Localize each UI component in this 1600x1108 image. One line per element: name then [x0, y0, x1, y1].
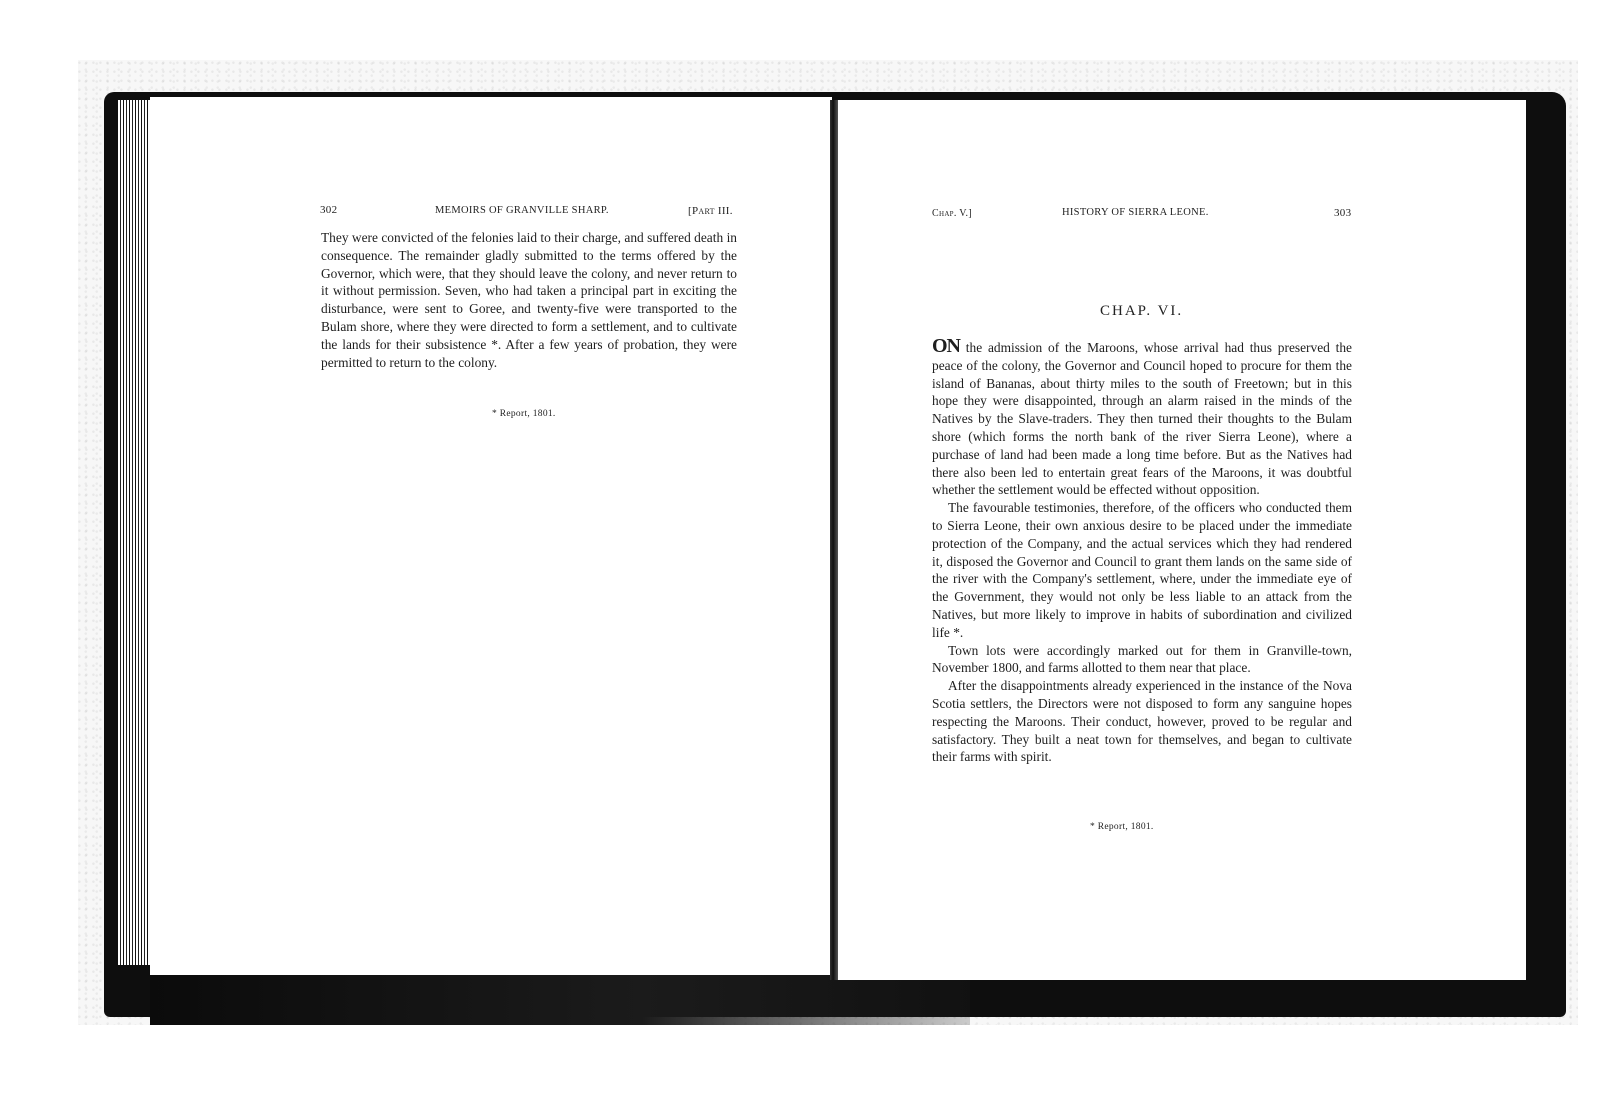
opening-paragraph: ON the admission of the Maroons, whose a…	[932, 338, 1352, 499]
left-running-title: MEMOIRS OF GRANVILLE SHARP.	[435, 205, 609, 216]
paragraph: Town lots were accordingly marked out fo…	[932, 642, 1352, 678]
paragraph-text: the admission of the Maroons, whose arri…	[932, 340, 1352, 497]
right-footnote: * Report, 1801.	[1090, 822, 1154, 832]
right-running-title: HISTORY OF SIERRA LEONE.	[1062, 207, 1209, 218]
right-body-text: ON the admission of the Maroons, whose a…	[932, 338, 1352, 766]
book-gutter	[830, 100, 838, 980]
left-footnote: * Report, 1801.	[492, 409, 556, 419]
drop-cap: ON	[932, 335, 960, 357]
paragraph: The favourable testimonies, therefore, o…	[932, 499, 1352, 641]
left-page-number: 302	[320, 204, 337, 216]
right-page-number: 303	[1334, 207, 1351, 219]
left-paragraph: They were convicted of the felonies laid…	[321, 229, 737, 371]
right-chapter-label: Chap. V.]	[932, 208, 972, 219]
chapter-heading: CHAP. VI.	[1100, 303, 1183, 320]
paragraph: After the disappointments already experi…	[932, 677, 1352, 766]
page-edges	[118, 100, 150, 965]
bottom-shadow	[150, 975, 970, 1025]
left-part-label: [Part III.	[688, 205, 733, 217]
left-body-text: They were convicted of the felonies laid…	[321, 229, 737, 371]
